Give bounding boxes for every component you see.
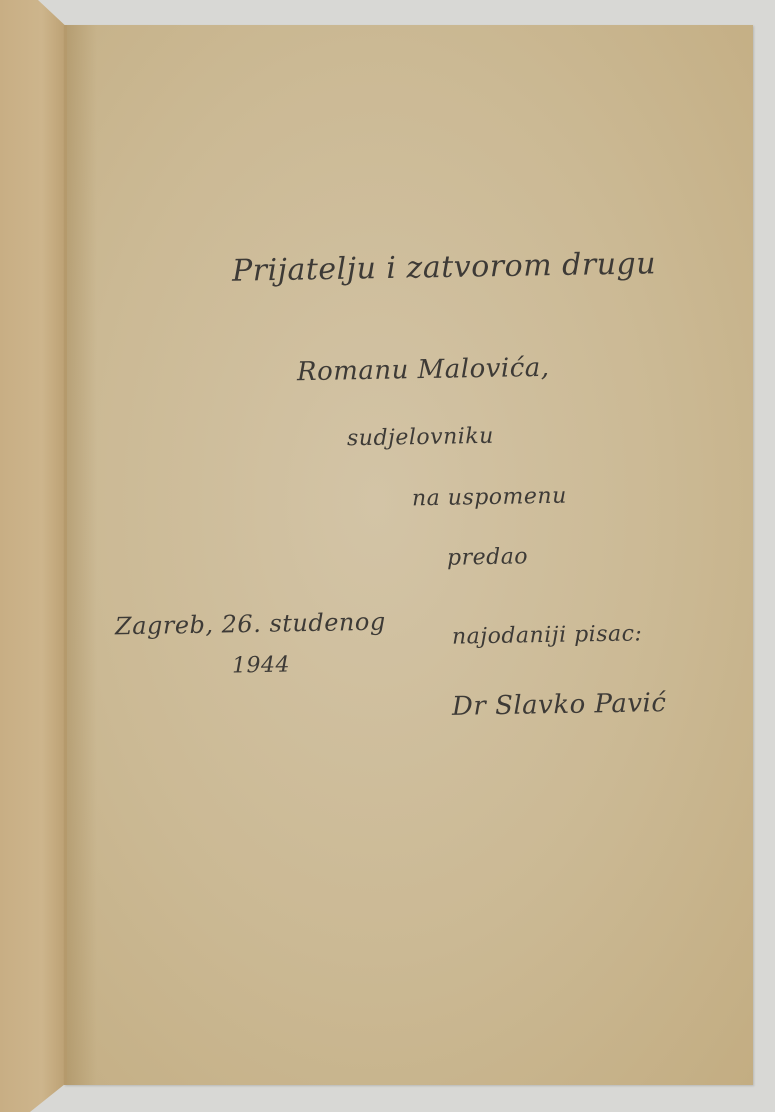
page-gutter-shadow [67,25,97,1085]
dedication-line-4: na uspomenu [412,484,567,512]
year: 1944 [232,652,290,678]
book-cover-edge [0,0,70,1112]
book-page: Prijatelju i zatvorom drugu Romanu Malov… [64,25,753,1085]
dedication-line-5: predao [447,544,529,570]
signature: Dr Slavko Pavić [452,688,667,722]
dedication-recipient: Romanu Malovića, [297,353,550,387]
closing-line: najodaniji pisac: [452,621,643,649]
dedication-line-3: sudjelovniku [347,424,494,452]
dedication-line-1: Prijatelju i zatvorom drugu [232,246,657,288]
place-date: Zagreb, 26. studenog [115,608,386,641]
